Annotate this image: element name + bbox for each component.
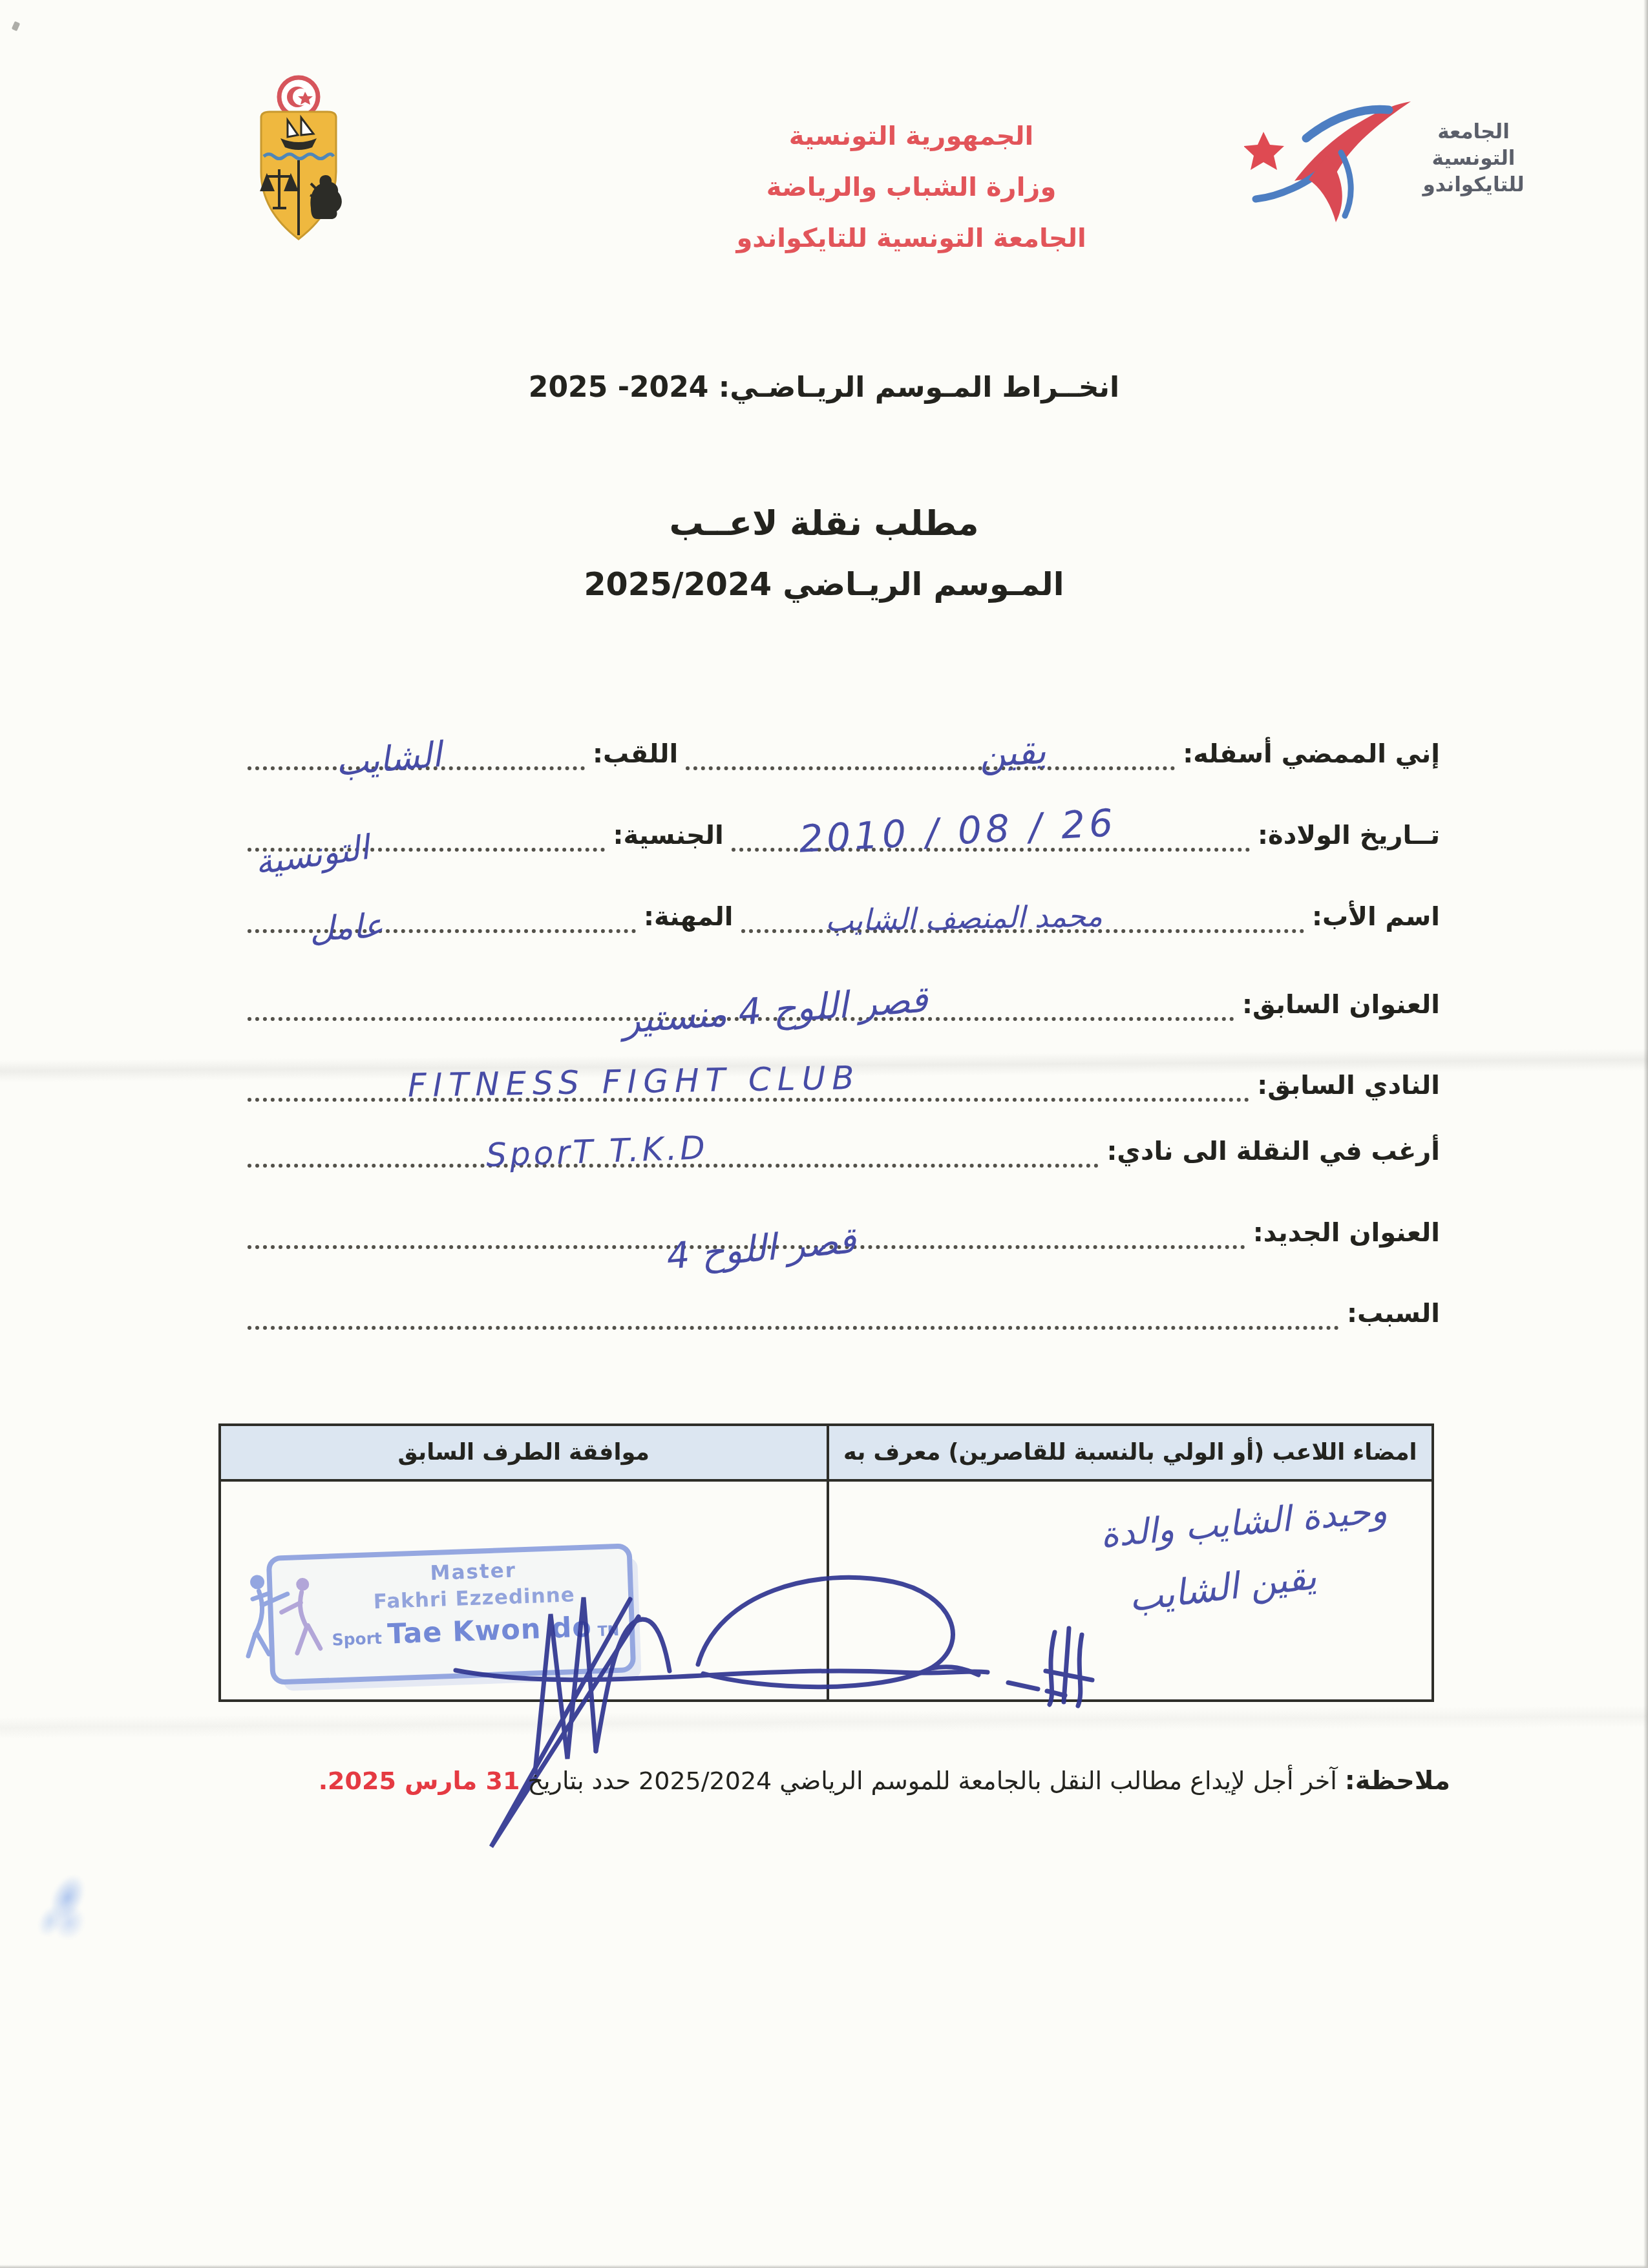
signatures-table-header: امضاء اللاعب (أو الولي بالنسبة للقاصرين)… bbox=[221, 1426, 1431, 1482]
note-body: آخر أجل لإيداع مطالب النقل بالجامعة للمو… bbox=[520, 1767, 1344, 1795]
surname-field: الشايب bbox=[248, 699, 585, 770]
birthdate-field: 2010 / 08 / 26 bbox=[732, 781, 1250, 852]
scan-edge-shadow bbox=[1643, 0, 1648, 2268]
scan-speck bbox=[12, 21, 21, 32]
previous-address-field: قصر اللوح 4 منستير bbox=[248, 950, 1234, 1021]
father-name-label: اسم الأب: bbox=[1312, 902, 1440, 933]
deadline-note: ملاحظة: آخر أجل لإيداع مطالب النقل بالجا… bbox=[319, 1766, 1450, 1796]
first-name-field: يقين bbox=[686, 699, 1175, 770]
ink-smudge bbox=[14, 1853, 123, 1968]
player-signature-column-header: امضاء اللاعب (أو الولي بالنسبة للقاصرين)… bbox=[827, 1426, 1432, 1479]
form-row-new-club: أرغب في النقلة الى نادي: SporT T.K.D bbox=[248, 1097, 1440, 1168]
new-address-field: قصر اللوح 4 bbox=[248, 1178, 1245, 1249]
nationality-label: الجنسية: bbox=[613, 821, 723, 852]
scanned-transfer-form-page: الجمهورية التونسية وزارة الشباب والرياضة… bbox=[0, 0, 1648, 2268]
form-row-name: إني الممضي أسفله: يقين اللقب: الشايب bbox=[248, 699, 1440, 770]
surname-label: اللقب: bbox=[593, 739, 678, 770]
reason-field bbox=[248, 1259, 1339, 1330]
previous-club-stamp: Master Fakhri Ezzedinne Sport Tae Kwon d… bbox=[266, 1543, 637, 1685]
stamp-club-prefix: Sport bbox=[332, 1629, 382, 1650]
undersigned-label: إني الممضي أسفله: bbox=[1183, 739, 1440, 770]
form-row-previous-address: العنوان السابق: قصر اللوح 4 منستير bbox=[248, 950, 1440, 1021]
transfer-form-fields: إني الممضي أسفله: يقين اللقب: الشايب تــ… bbox=[248, 0, 1440, 1389]
form-row-birth: تــاريخ الولادة: 2010 / 08 / 26 الجنسية:… bbox=[248, 781, 1440, 852]
previous-address-label: العنوان السابق: bbox=[1242, 990, 1440, 1021]
note-deadline-date: 31 مارس 2025. bbox=[319, 1767, 520, 1795]
profession-field: عامل bbox=[248, 862, 636, 933]
stamp-club-suffix: TN bbox=[597, 1623, 619, 1640]
form-row-new-address: العنوان الجديد: قصر اللوح 4 bbox=[248, 1178, 1440, 1249]
note-label: ملاحظة: bbox=[1345, 1766, 1450, 1796]
new-address-label: العنوان الجديد: bbox=[1253, 1218, 1440, 1249]
birthdate-handwriting: 2010 / 08 / 26 bbox=[798, 801, 1117, 861]
first-name-handwriting: يقين bbox=[978, 730, 1048, 776]
new-club-field: SporT T.K.D bbox=[248, 1097, 1099, 1168]
father-name-field: محمد المنصف الشايب bbox=[741, 862, 1304, 933]
father-name-handwriting: محمد المنصف الشايب bbox=[825, 898, 1103, 938]
form-row-reason: السبب: bbox=[248, 1259, 1440, 1330]
surname-handwriting: الشايب bbox=[333, 734, 443, 784]
form-row-father: اسم الأب: محمد المنصف الشايب المهنة: عام… bbox=[248, 862, 1440, 933]
stamp-text: Master Fakhri Ezzedinne Sport Tae Kwon d… bbox=[330, 1554, 620, 1674]
player-name-handwriting: يقين الشايب bbox=[1126, 1555, 1318, 1620]
reason-label: السبب: bbox=[1347, 1299, 1440, 1330]
birthdate-label: تــاريخ الولادة: bbox=[1258, 821, 1440, 852]
scan-edge-shadow-bottom bbox=[0, 2265, 1648, 2268]
previous-party-column-header: موافقة الطرف السابق bbox=[221, 1426, 827, 1479]
taekwondo-sparring-figures-icon bbox=[233, 1564, 333, 1664]
form-row-previous-club: النادي السابق: FITNESS FIGHT CLUB bbox=[248, 1031, 1440, 1102]
guardian-name-handwriting: وحيدة الشايب والدة bbox=[1099, 1490, 1389, 1556]
new-club-handwriting: SporT T.K.D bbox=[485, 1129, 709, 1174]
new-club-label: أرغب في النقلة الى نادي: bbox=[1106, 1137, 1440, 1168]
profession-label: المهنة: bbox=[644, 902, 734, 933]
player-signature-cell: وحيدة الشايب والدة يقين الشايب bbox=[827, 1482, 1432, 1699]
nationality-field: التونسية bbox=[248, 781, 605, 852]
profession-handwriting: عامل bbox=[309, 907, 385, 949]
previous-club-field: FITNESS FIGHT CLUB bbox=[248, 1031, 1249, 1102]
stamp-club-brand: Tae Kwon do bbox=[387, 1611, 593, 1650]
paper-crease bbox=[0, 1705, 1648, 1739]
